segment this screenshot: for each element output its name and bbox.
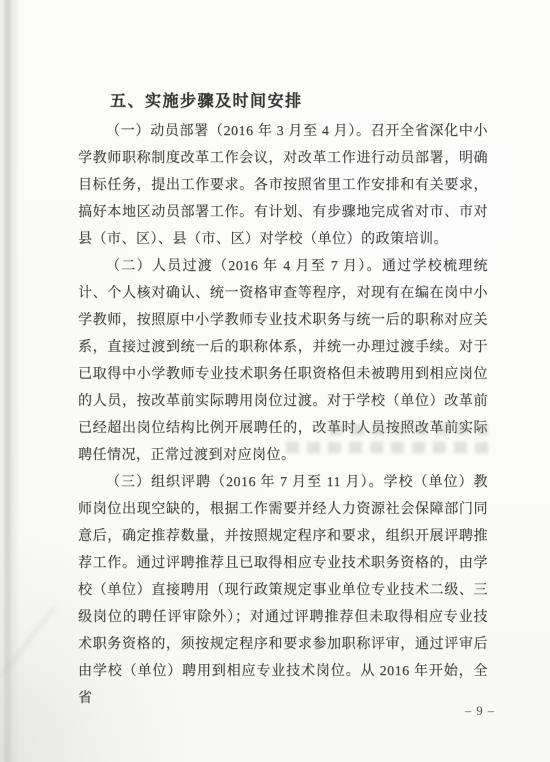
- paragraph-evaluation-hiring: （三）组织评聘（2016 年 7 月至 11 月）。学校（单位）教师岗位出现空缺…: [78, 469, 488, 712]
- ink-bleedthrough-artifact: [330, 424, 488, 435]
- page-number: – 9 –: [448, 703, 512, 719]
- section-heading: 五、实施步骤及时间安排: [78, 88, 488, 115]
- paragraph-personnel-transition: （二）人员过渡（2016 年 4 月至 7 月）。通过学校梳理统计、个人核对确认…: [78, 253, 488, 469]
- paragraph-mobilization: （一）动员部署（2016 年 3 月至 4 月）。召开全省深化中小学教师职称制度…: [78, 118, 488, 253]
- ink-bleedthrough-artifact: [286, 442, 488, 453]
- document-body: 五、实施步骤及时间安排 （一）动员部署（2016 年 3 月至 4 月）。召开全…: [78, 88, 488, 712]
- scanned-document-page: 五、实施步骤及时间安排 （一）动员部署（2016 年 3 月至 4 月）。召开全…: [0, 0, 550, 762]
